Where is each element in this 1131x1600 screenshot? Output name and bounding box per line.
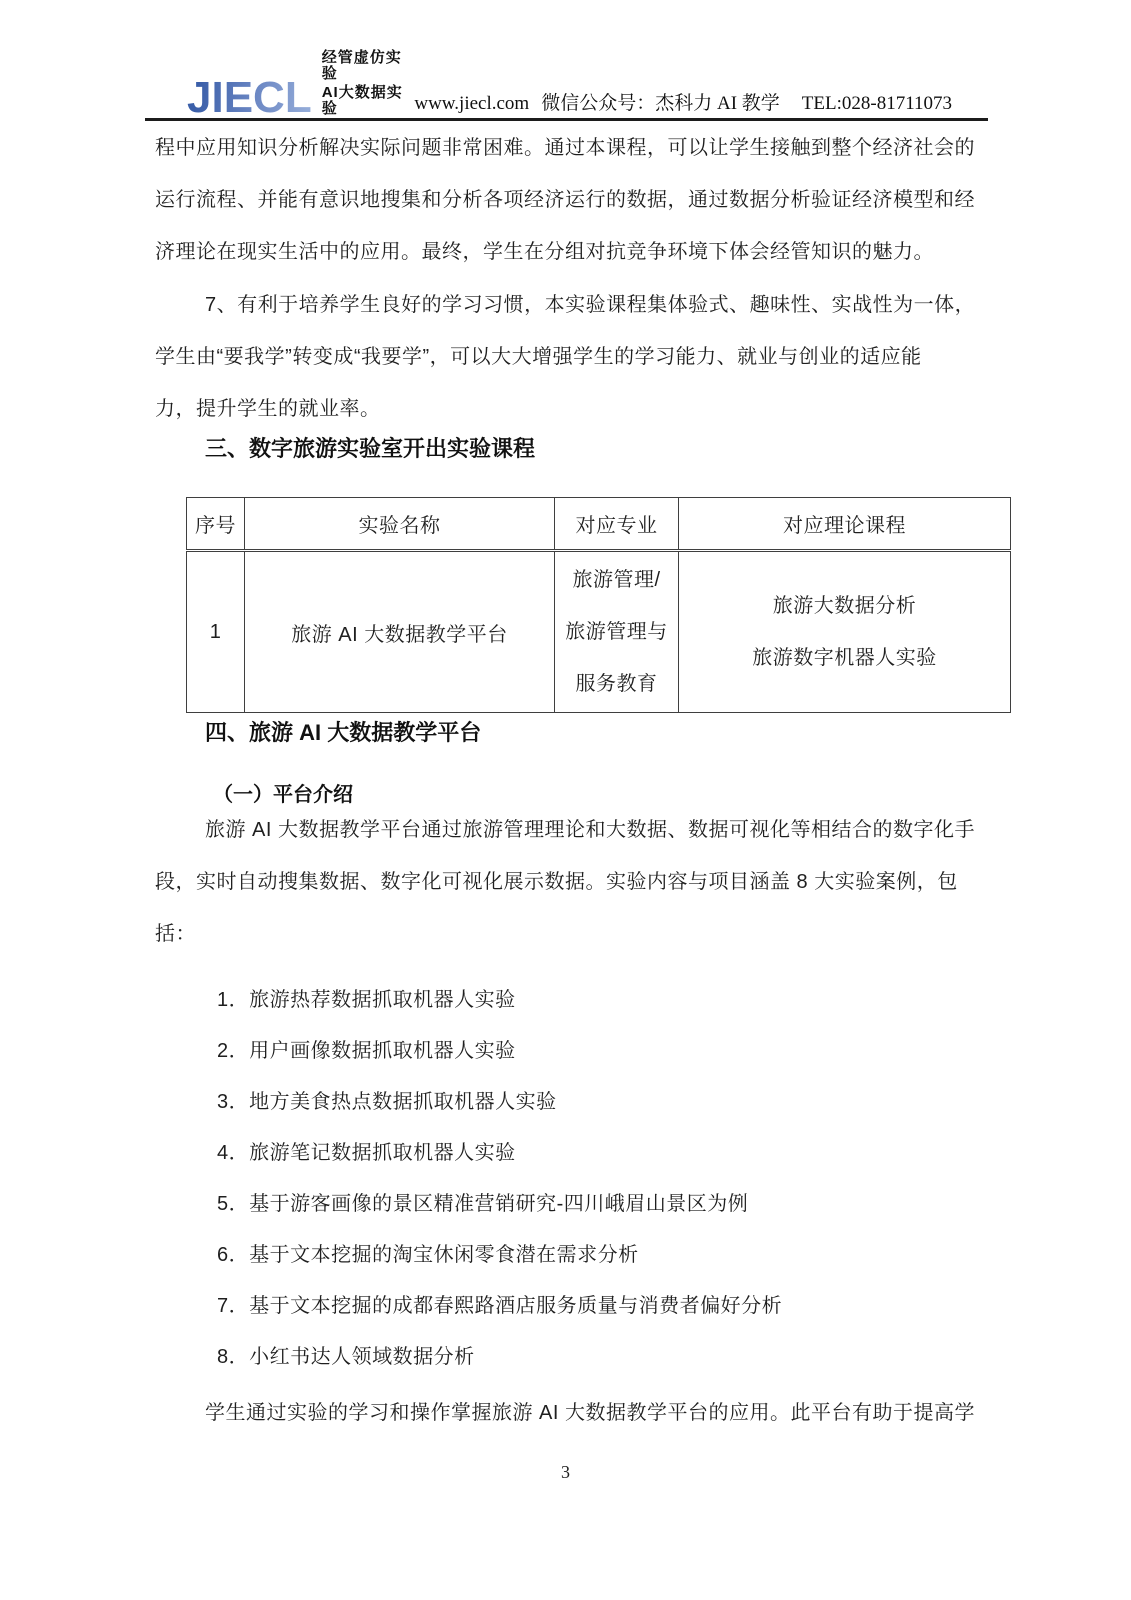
paragraph-2: 7、有利于培养学生良好的学习习惯，本实验课程集体验式、趣味性、实战性为一体， 学… [155,279,985,435]
table-row: 1 旅游 AI 大数据教学平台 旅游管理/ 旅游管理与 服务教育 旅游大数据分析… [187,551,1011,713]
logo: JIECL 经管虚仿实验 AI大数据实验 [187,50,414,118]
cell-major: 旅游管理/ 旅游管理与 服务教育 [555,551,679,713]
logo-tagline: 经管虚仿实验 AI大数据实验 [322,50,415,117]
major-line: 旅游管理与 [555,606,678,658]
header-wechat: 微信公众号：杰科力 AI 教学 [541,88,780,115]
list-item: 4．旅游笔记数据抓取机器人实验 [217,1128,782,1179]
text-line: 程中应用知识分析解决实际问题非常困难。通过本课程，可以让学生接触到整个经济社会的 [155,122,985,174]
page-number: 3 [0,1462,1131,1483]
major-line: 旅游管理/ [555,554,678,606]
text-line: 力，提升学生的就业率。 [155,383,985,435]
col-header-experiment-name: 实验名称 [245,498,555,551]
list-item: 2．用户画像数据抓取机器人实验 [217,1026,782,1077]
cell-index: 1 [187,551,245,713]
text-line: 运行流程、并能有意识地搜集和分析各项经济运行的数据，通过数据分析验证经济模型和经 [155,174,985,226]
cell-theory-courses: 旅游大数据分析 旅游数字机器人实验 [679,551,1011,713]
col-header-index: 序号 [187,498,245,551]
text-line: 括： [155,908,985,960]
paragraph-3: 旅游 AI 大数据教学平台通过旅游管理理论和大数据、数据可视化等相结合的数字化手… [155,804,985,960]
list-item: 6．基于文本挖掘的淘宝休闲零食潜在需求分析 [217,1230,782,1281]
list-item: 1．旅游热荐数据抓取机器人实验 [217,975,782,1026]
section-heading-4: 四、旅游 AI 大数据教学平台 [205,718,481,748]
cell-experiment-name: 旅游 AI 大数据教学平台 [245,551,555,713]
text-line: 济理论在现实生活中的应用。最终，学生在分组对抗竞争环境下体会经管知识的魅力。 [155,226,985,278]
experiment-list: 1．旅游热荐数据抓取机器人实验 2．用户画像数据抓取机器人实验 3．地方美食热点… [217,975,782,1383]
list-item: 5．基于游客画像的景区精准营销研究-四川峨眉山景区为例 [217,1179,782,1230]
tagline-line1: 经管虚仿实验 [322,50,415,82]
section-heading-3: 三、数字旅游实验室开出实验课程 [205,434,535,464]
text-line: 学生由“要我学”转变成“我要学”，可以大大增强学生的学习能力、就业与创业的适应能 [155,331,985,383]
col-header-major: 对应专业 [555,498,679,551]
text-line: 旅游 AI 大数据教学平台通过旅游管理理论和大数据、数据可视化等相结合的数字化手 [155,804,985,856]
logo-wordmark: JIECL [187,76,312,120]
course-line: 旅游大数据分析 [679,580,1010,632]
page-header: JIECL 经管虚仿实验 AI大数据实验 www.jiecl.com 微信公众号… [145,56,988,121]
list-item: 3．地方美食热点数据抓取机器人实验 [217,1077,782,1128]
header-website: www.jiecl.com [414,93,529,115]
col-header-theory-course: 对应理论课程 [679,498,1011,551]
text-line: 段，实时自动搜集数据、数字化可视化展示数据。实验内容与项目涵盖 8 大实验案例，… [155,856,985,908]
header-contact-info: www.jiecl.com 微信公众号：杰科力 AI 教学 TEL:028-81… [414,88,952,118]
course-line: 旅游数字机器人实验 [679,632,1010,684]
list-item: 7．基于文本挖掘的成都春熙路酒店服务质量与消费者偏好分析 [217,1281,782,1332]
course-table: 序号 实验名称 对应专业 对应理论课程 1 旅游 AI 大数据教学平台 旅游管理… [186,497,1011,713]
table-header-row: 序号 实验名称 对应专业 对应理论课程 [187,498,1011,551]
text-line: 7、有利于培养学生良好的学习习惯，本实验课程集体验式、趣味性、实战性为一体， [155,279,985,331]
text-line: 学生通过实验的学习和操作掌握旅游 AI 大数据教学平台的应用。此平台有助于提高学 [155,1387,985,1439]
paragraph-4: 学生通过实验的学习和操作掌握旅游 AI 大数据教学平台的应用。此平台有助于提高学 [155,1387,985,1439]
paragraph-1: 程中应用知识分析解决实际问题非常困难。通过本课程，可以让学生接触到整个经济社会的… [155,122,985,278]
list-item: 8．小红书达人领域数据分析 [217,1332,782,1383]
major-line: 服务教育 [555,658,678,710]
header-tel: TEL:028-81711073 [802,93,952,115]
tagline-line2: AI大数据实验 [322,85,415,117]
document-page: JIECL 经管虚仿实验 AI大数据实验 www.jiecl.com 微信公众号… [0,0,1131,1600]
